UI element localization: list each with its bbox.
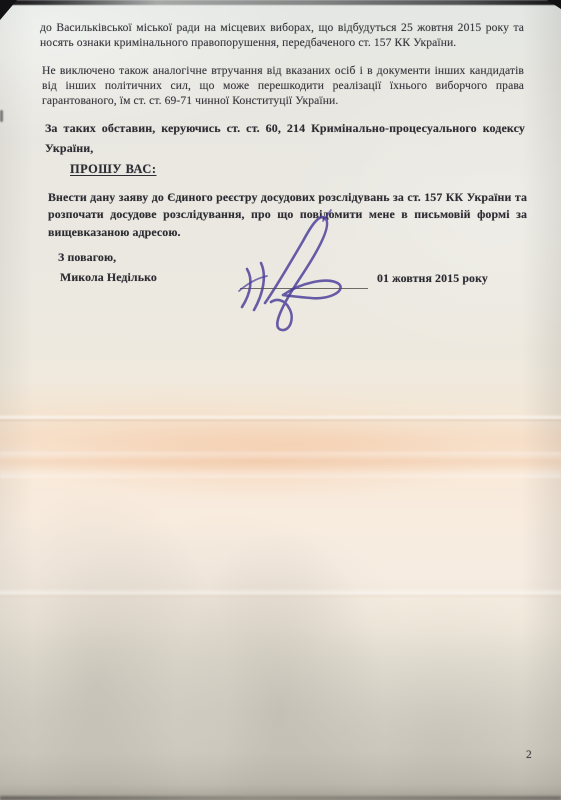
- body-paragraph-continuation: до Васильківської міської ради на місцев…: [40, 20, 524, 50]
- handwritten-signature: [225, 203, 385, 335]
- body-paragraph-legal-grounds: За таких обставин, керуючись ст. ст. 60,…: [45, 119, 525, 158]
- request-heading: ПРОШУ ВАС:: [70, 162, 530, 177]
- scanned-document-photo: до Васильківської міської ради на місцев…: [0, 0, 561, 800]
- document-content: до Васильківської міської ради на місцев…: [0, 0, 561, 800]
- signature-date: 01 жовтня 2015 року: [377, 271, 537, 286]
- body-paragraph-interference: Не виключено також аналогічне втручання …: [42, 63, 524, 109]
- page-number: 2: [526, 749, 546, 761]
